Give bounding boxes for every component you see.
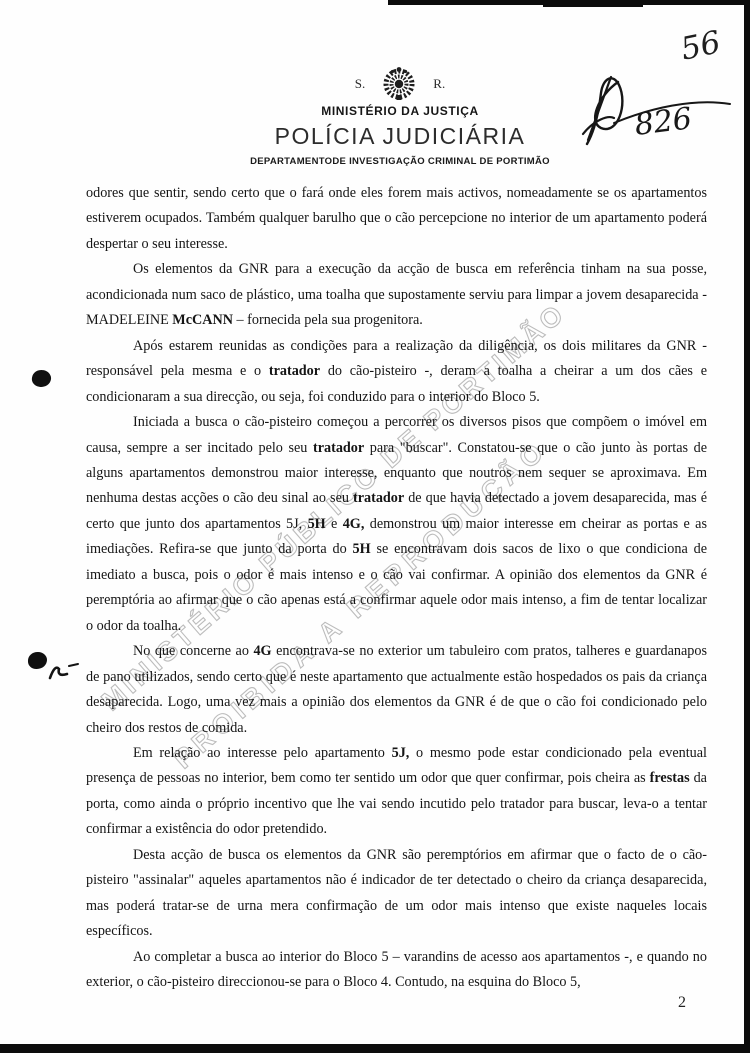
handwritten-sheet-number: 56	[678, 24, 724, 67]
crest-right-initial: R.	[433, 76, 445, 92]
punch-hole-dot	[28, 652, 47, 669]
paragraph: No que concerne ao 4G encontrava-se no e…	[86, 639, 707, 741]
emphasized-text: 4G,	[343, 516, 365, 532]
coat-of-arms-icon	[379, 66, 419, 102]
text-segment: Ao completar a busca ao interior do Bloc…	[86, 949, 707, 990]
scan-edge-bottom	[0, 1044, 750, 1053]
ministry-title: MINISTÉRIO DA JUSTIÇA	[200, 104, 600, 118]
text-segment: Desta acção de busca os elementos da GNR…	[86, 847, 707, 939]
paragraph: Desta acção de busca os elementos da GNR…	[86, 843, 707, 945]
text-segment: e	[326, 516, 343, 532]
punch-hole-dot	[31, 369, 52, 388]
text-segment: Em relação ao interesse pelo apartamento	[133, 745, 392, 761]
scan-edge-right	[744, 0, 750, 1053]
paragraph: Após estarem reunidas as condições para …	[86, 334, 707, 410]
emphasized-text: McCANN	[172, 312, 233, 328]
document-body-text: odores que sentir, sendo certo que o far…	[86, 181, 707, 996]
paragraph: Em relação ao interesse pelo apartamento…	[86, 741, 707, 843]
paragraph: Ao completar a busca ao interior do Bloc…	[86, 945, 707, 996]
department-title: DEPARTAMENTODE INVESTIGAÇÃO CRIMINAL DE …	[200, 156, 600, 167]
handwritten-stamp-number: 826	[633, 101, 694, 143]
crest-left-initial: S.	[355, 76, 365, 92]
emphasized-text: tratador	[269, 363, 320, 379]
text-segment: odores que sentir, sendo certo que o far…	[86, 185, 707, 252]
page-number: 2	[678, 994, 686, 1012]
pen-flick-mark	[47, 658, 81, 684]
emphasized-text: tratador	[353, 490, 404, 506]
emphasized-text: frestas	[650, 770, 690, 786]
scanned-document-page: 56 826 S. R. MINISTÉRIO DA JUSTIÇA POLÍC…	[0, 0, 750, 1053]
text-segment: No que concerne ao	[133, 643, 253, 659]
paragraph: Os elementos da GNR para a execução da a…	[86, 257, 707, 333]
handwritten-signature: 826	[578, 68, 738, 152]
emphasized-text: tratador	[313, 440, 364, 456]
emphasized-text: 5J,	[392, 745, 410, 761]
organization-title: POLÍCIA JUDICIÁRIA	[200, 123, 600, 150]
crest-row: S. R.	[200, 66, 600, 102]
letterhead: S. R. MINISTÉRIO DA JUSTIÇA POLÍCIA JUDI…	[200, 66, 600, 167]
paragraph: odores que sentir, sendo certo que o far…	[86, 181, 707, 257]
emphasized-text: 4G	[253, 643, 271, 659]
paragraph: Iniciada a busca o cão-pisteiro começou …	[86, 410, 707, 639]
emphasized-text: 5H	[353, 541, 371, 557]
scan-edge-top-thick	[543, 0, 643, 7]
text-segment: – fornecida pela sua progenitora.	[233, 312, 423, 328]
emphasized-text: 5H	[308, 516, 326, 532]
